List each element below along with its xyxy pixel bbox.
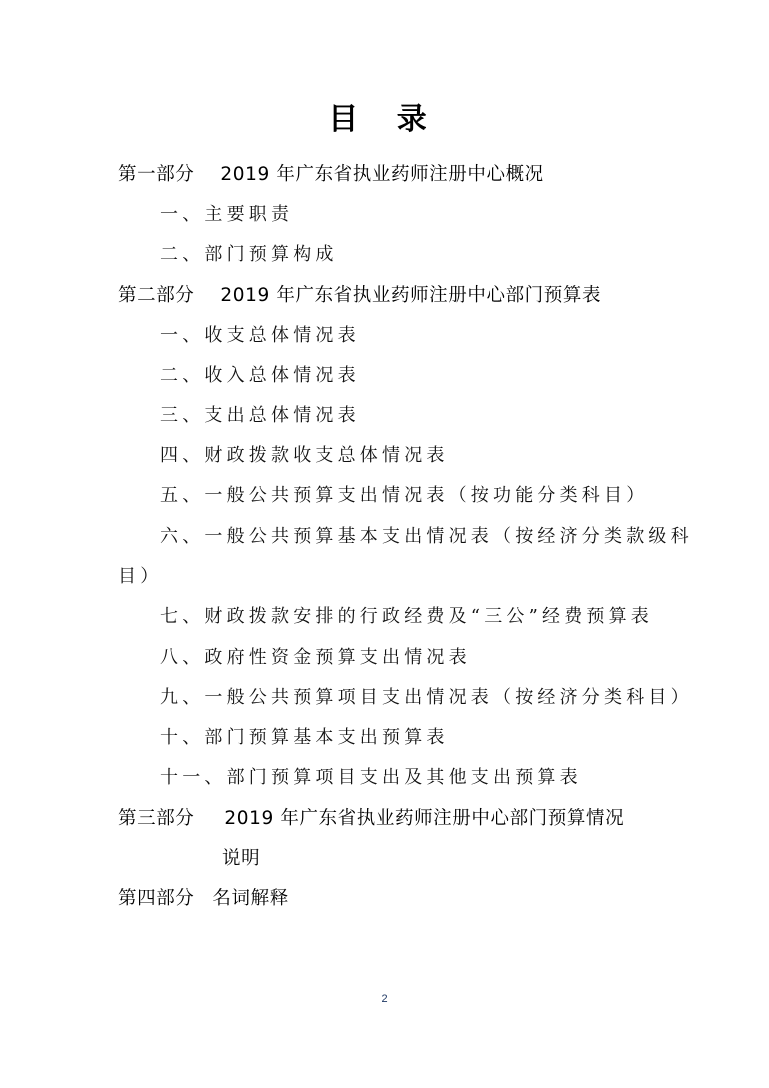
part-heading: 2019 年广东省执业药师注册中心部门预算表	[220, 285, 601, 306]
toc-part-2[interactable]: 第二部分2019 年广东省执业药师注册中心部门预算表	[118, 283, 601, 309]
toc-item-continuation[interactable]: 目）	[118, 564, 162, 590]
toc-item[interactable]: 十一、部门预算项目支出及其他支出预算表	[160, 765, 582, 791]
toc-item[interactable]: 三、支出总体情况表	[160, 403, 360, 429]
toc-item[interactable]: 五、一般公共预算支出情况表（按功能分类科目）	[160, 483, 648, 509]
page-title: 目 录	[0, 100, 769, 140]
part-label: 第二部分	[118, 283, 194, 309]
toc-item[interactable]: 十、部门预算基本支出预算表	[160, 725, 449, 751]
part-heading: 2019 年广东省执业药师注册中心部门预算情况	[224, 808, 624, 829]
toc-item[interactable]: 一、主要职责	[160, 202, 293, 228]
page-number: 2	[0, 993, 769, 1005]
part-heading: 2019 年广东省执业药师注册中心概况	[220, 164, 543, 185]
toc-part-3[interactable]: 第三部分2019 年广东省执业药师注册中心部门预算情况	[118, 806, 624, 832]
toc-part-1[interactable]: 第一部分2019 年广东省执业药师注册中心概况	[118, 162, 544, 188]
toc-part-4[interactable]: 第四部分名词解释	[118, 886, 289, 912]
toc-item[interactable]: 一、收支总体情况表	[160, 323, 360, 349]
toc-item[interactable]: 二、部门预算构成	[160, 242, 338, 268]
toc-item[interactable]: 四、财政拨款收支总体情况表	[160, 443, 449, 469]
part-heading: 名词解释	[212, 888, 288, 909]
toc-item[interactable]: 七、财政拨款安排的行政经费及“三公”经费预算表	[160, 604, 653, 630]
part-label: 第三部分	[118, 806, 194, 832]
part-label: 第一部分	[118, 162, 194, 188]
toc-item[interactable]: 八、政府性资金预算支出情况表	[160, 645, 471, 671]
part-label: 第四部分	[118, 886, 194, 912]
toc-item[interactable]: 九、一般公共预算项目支出情况表（按经济分类科目）	[160, 685, 693, 711]
toc-item[interactable]: 二、收入总体情况表	[160, 363, 360, 389]
toc-item[interactable]: 六、一般公共预算基本支出情况表（按经济分类款级科	[160, 524, 693, 550]
document-page: 目 录 第一部分2019 年广东省执业药师注册中心概况 一、主要职责 二、部门预…	[0, 0, 769, 1088]
toc-part-3-heading-continuation[interactable]: 说明	[222, 846, 260, 872]
